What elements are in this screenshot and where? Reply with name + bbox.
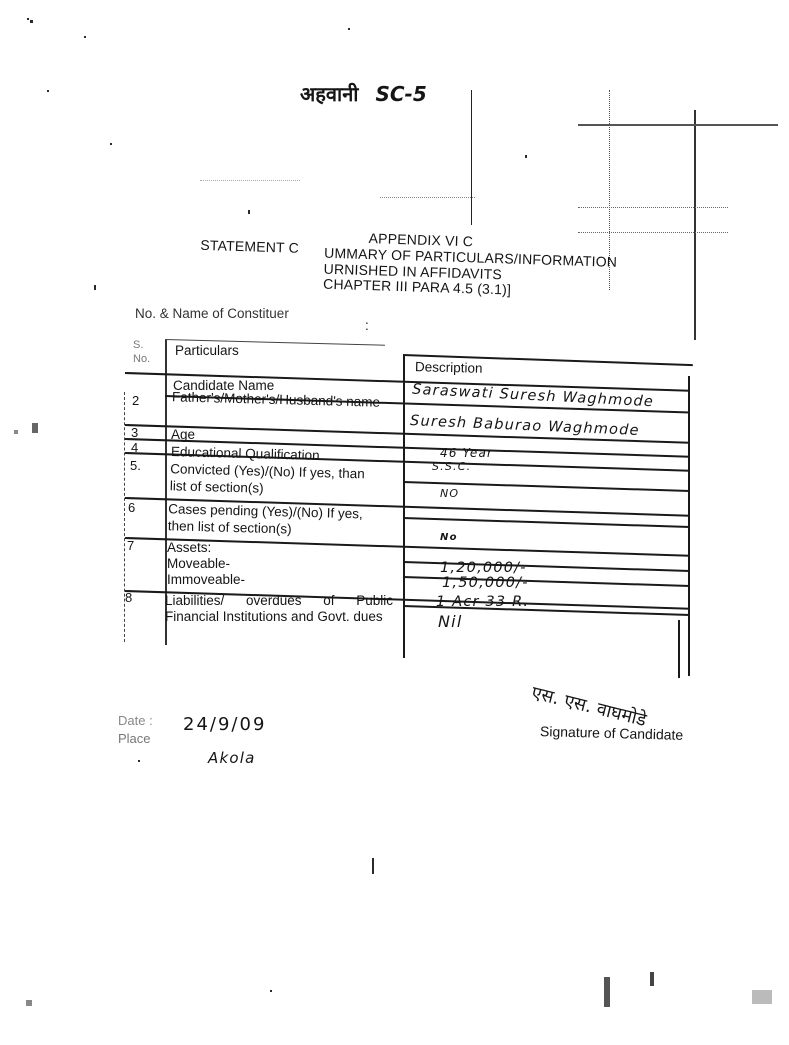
row-7-particulars: Assets: Moveable- Immoveable-: [167, 540, 257, 588]
header-description: Description: [415, 359, 483, 376]
row-8-sno: 8: [125, 590, 132, 605]
row-3-description: 46 Year: [440, 446, 493, 460]
row-3-particulars: Age: [171, 427, 195, 442]
row-4-sno: 4: [131, 440, 138, 455]
row-4-description: S.S.C.: [432, 460, 471, 473]
row-6-description: No: [440, 532, 458, 543]
row-5-particulars: Convicted (Yes)/(No) If yes, than list o…: [170, 460, 381, 499]
row-5-sno: 5.: [130, 458, 141, 473]
place-value: Akola: [208, 749, 255, 767]
row-3-sno: 3: [131, 425, 138, 440]
row-7-sno: 7: [127, 538, 134, 553]
row-2-particulars: Father's/Mother's/Husband's name: [172, 389, 382, 409]
row-5-description: NO: [440, 487, 459, 500]
affidavit-table: S. No. Particulars Description Candidate…: [0, 0, 789, 1045]
row-7-moveable: 1,20,000/-: [440, 560, 527, 576]
date-label: Date :: [118, 713, 153, 728]
row-8-description: Nil: [438, 612, 462, 631]
row-7-land: 1 Acr 33 R.: [436, 594, 529, 610]
place-label: Place: [118, 731, 151, 746]
row-6-sno: 6: [128, 500, 135, 515]
row-2-sno: 2: [132, 393, 139, 408]
row-7-immoveable: 1,50,000/-: [442, 575, 529, 591]
header-sno: S. No.: [133, 338, 155, 366]
header-particulars: Particulars: [175, 343, 239, 358]
row-6-particulars: Cases pending (Yes)/(No) If yes, then li…: [168, 500, 379, 539]
row-8-particulars: Liabilities/ overdues of Public Financia…: [165, 593, 393, 625]
date-value: 24/9/09: [183, 714, 266, 735]
